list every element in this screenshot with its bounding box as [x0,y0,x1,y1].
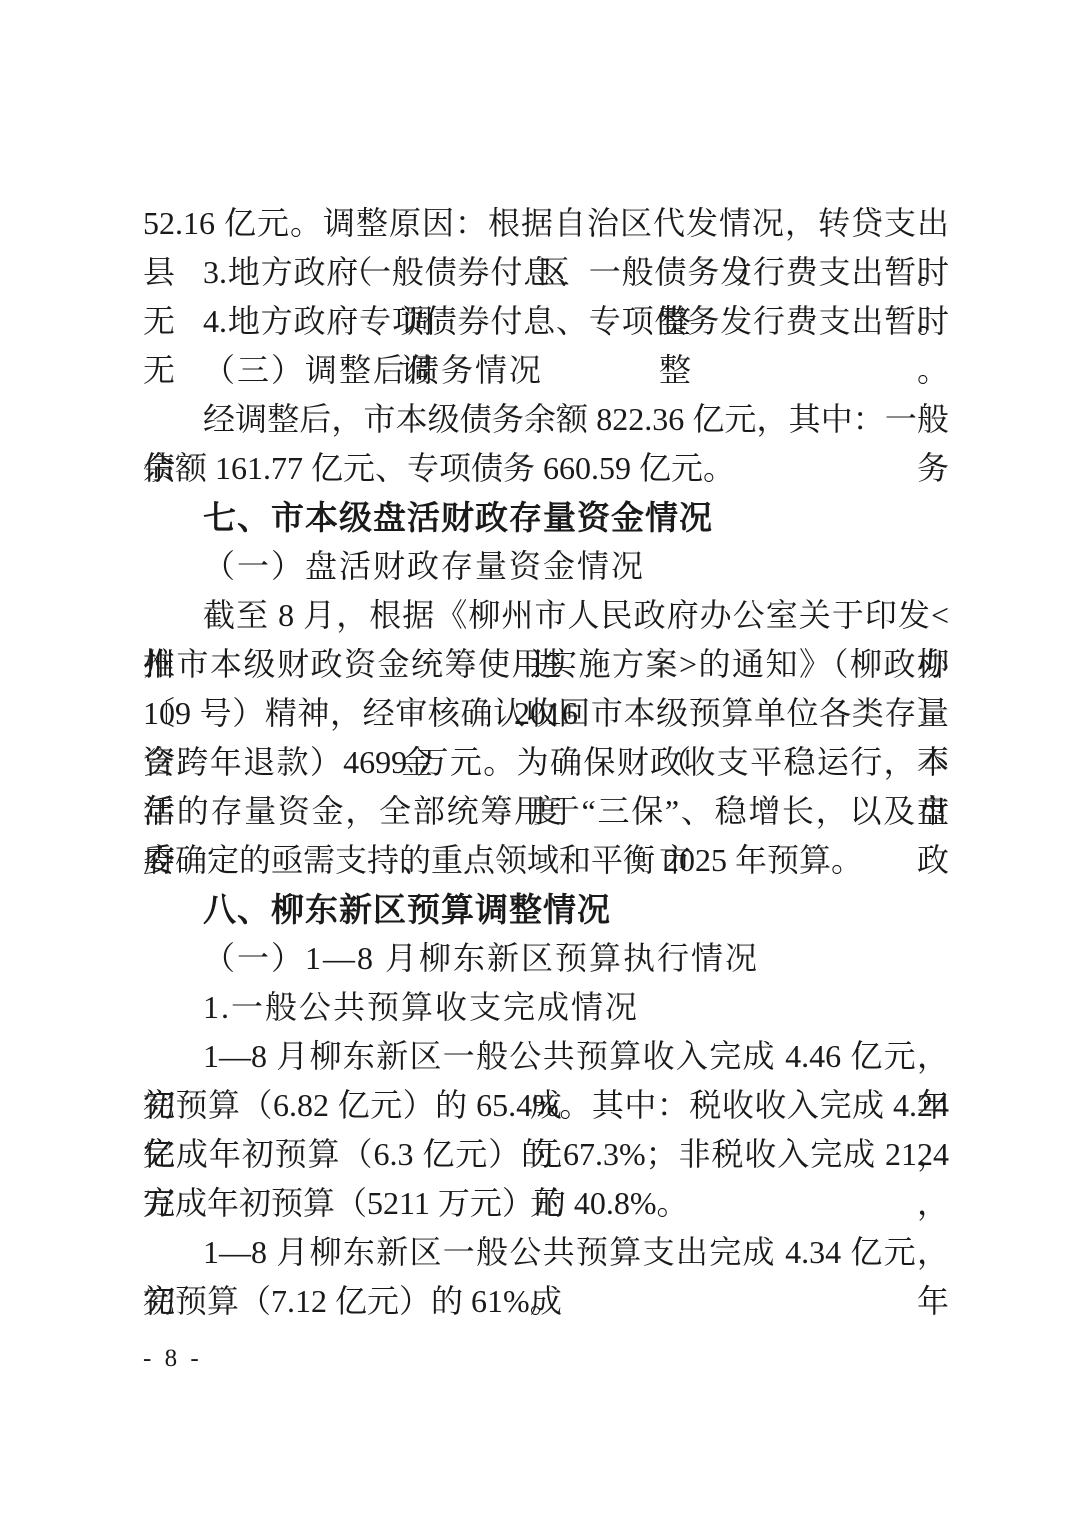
page-number: - 8 - [143,1344,199,1374]
text-line: 4.地方政府专项债券付息、专项债务发行费支出暂时无调整。 [143,297,949,346]
text-line: 1—8 月柳东新区一般公共预算收入完成 4.46 亿元，完成年 [143,1032,949,1081]
document-page: 52.16 亿元。调整原因：根据自治区代发情况，转贷支出县（区）。 3.地方政府… [0,0,1074,1520]
text-line: 1—8 月柳东新区一般公共预算支出完成 4.34 亿元，完成年 [143,1228,949,1277]
text-line: 109 号）精神，经审核确认收回市本级预算单位各类存量资金（不 [143,689,949,738]
text-line: 初预算（6.82 亿元）的 65.4%。其中：税收收入完成 4.24 亿元， [143,1081,949,1130]
text-line: 52.16 亿元。调整原因：根据自治区代发情况，转贷支出县（区）。 [143,199,949,248]
text-line: 含跨年退款）4699 万元。为确保财政收支平稳运行，本年度盘 [143,738,949,787]
document-body: 52.16 亿元。调整原因：根据自治区代发情况，转贷支出县（区）。 3.地方政府… [143,199,949,1326]
section-heading: 七、市本级盘活财政存量资金情况 [143,493,949,542]
text-line: 3.地方政府一般债券付息、一般债务发行费支出暂时无调整。 [143,248,949,297]
text-line: 府确定的亟需支持的重点领域和平衡 2025 年预算。 [143,836,949,885]
section-heading: 八、柳东新区预算调整情况 [143,885,949,934]
subsection-heading: （一）1—8 月柳东新区预算执行情况 [143,934,949,983]
subsection-heading: （一）盘活财政存量资金情况 [143,542,949,591]
text-line: 活的存量资金，全部统筹用于“三保”、稳增长，以及市委、市政 [143,787,949,836]
text-line: 完成年初预算（6.3 亿元）的 67.3%；非税收入完成 2124 万元， [143,1130,949,1179]
text-line: 经调整后，市本级债务余额 822.36 亿元，其中：一般债务 [143,395,949,444]
text-line: 截至 8 月，根据《柳州市人民政府办公室关于印发<推进柳 [143,591,949,640]
numbered-heading: 1.一般公共预算收支完成情况 [143,983,949,1032]
text-line: 州市本级财政资金统筹使用实施方案>的通知》（柳政办〔2016〕 [143,640,949,689]
